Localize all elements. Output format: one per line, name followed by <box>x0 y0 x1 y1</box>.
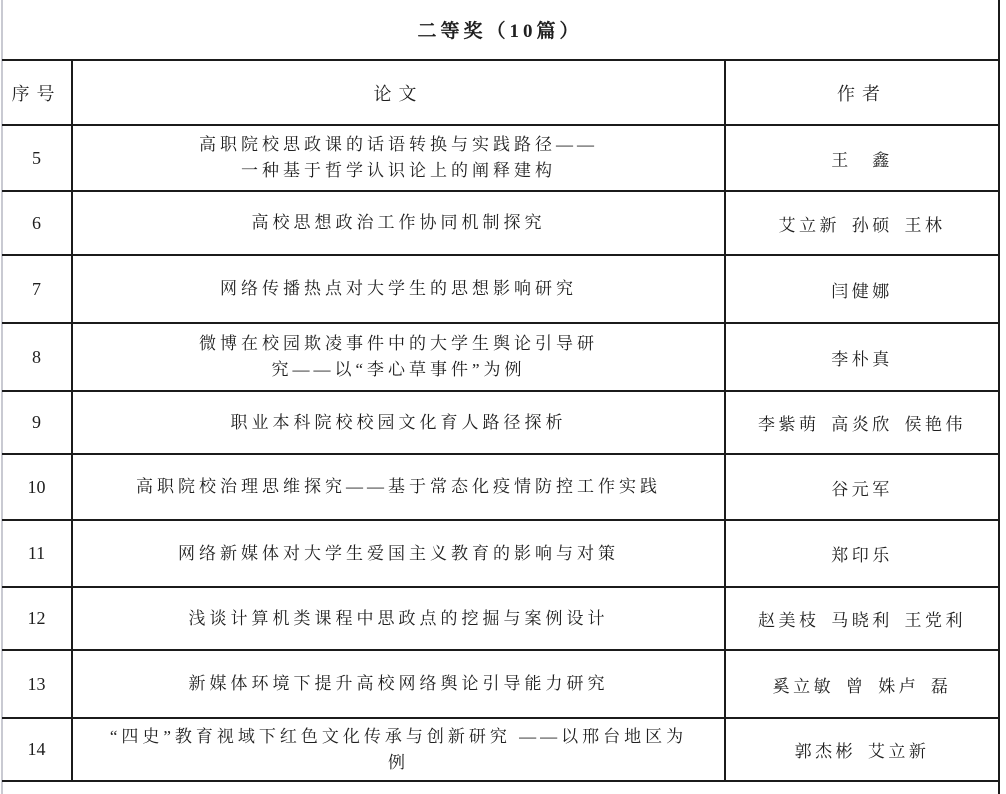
paper-title-cell: 职业本科院校校园文化育人路径探析 <box>72 391 725 454</box>
paper-title-line: 高职院校思政课的话语转换与实践路径—— <box>79 132 718 158</box>
author-cell: 王 鑫 <box>725 125 998 191</box>
row-number: 7 <box>2 255 72 323</box>
paper-title-line: 一种基于哲学认识论上的阐释建构 <box>79 158 718 184</box>
paper-title-line: 网络新媒体对大学生爱国主义教育的影响与对策 <box>79 541 718 567</box>
paper-title-line: 高校思想政治工作协同机制探究 <box>79 210 718 236</box>
paper-title-line: 职业本科院校校园文化育人路径探析 <box>79 410 718 436</box>
paper-title-cell: 网络新媒体对大学生爱国主义教育的影响与对策 <box>72 520 725 587</box>
table-row: 11 网络新媒体对大学生爱国主义教育的影响与对策 郑印乐 <box>2 520 998 587</box>
row-number: 10 <box>2 454 72 520</box>
author-cell: 谷元军 <box>725 454 998 520</box>
row-number: 6 <box>2 191 72 255</box>
paper-title-cell: 网络传播热点对大学生的思想影响研究 <box>72 255 725 323</box>
row-number: 14 <box>2 718 72 781</box>
paper-title-cell: 高校思想政治工作协同机制探究 <box>72 191 725 255</box>
author-cell: 李朴真 <box>725 323 998 391</box>
author-cell: 郭杰彬 艾立新 <box>725 718 998 781</box>
table-right-border <box>998 0 1000 794</box>
paper-title-line: 网络传播热点对大学生的思想影响研究 <box>79 276 718 302</box>
author-cell: 闫健娜 <box>725 255 998 323</box>
header-author: 作者 <box>725 60 998 125</box>
table-row: 14 “四史”教育视域下红色文化传承与创新研究 ——以邢台地区为 例 郭杰彬 艾… <box>2 718 998 781</box>
table-title-row: 二等奖（10篇） <box>2 0 998 60</box>
paper-title-cell: 高职院校治理思维探究——基于常态化疫情防控工作实践 <box>72 454 725 520</box>
table-row: 7 网络传播热点对大学生的思想影响研究 闫健娜 <box>2 255 998 323</box>
document-page: 二等奖（10篇） 序号 论文 作者 5 高职院校思政课的话语转换与实践路径—— … <box>0 0 1006 794</box>
paper-title-cell: “四史”教育视域下红色文化传承与创新研究 ——以邢台地区为 例 <box>72 718 725 781</box>
paper-title-cell: 浅谈计算机类课程中思政点的挖掘与案例设计 <box>72 587 725 650</box>
paper-title-cell: 高职院校思政课的话语转换与实践路径—— 一种基于哲学认识论上的阐释建构 <box>72 125 725 191</box>
author-cell: 艾立新 孙硕 王林 <box>725 191 998 255</box>
paper-title-line: 微博在校园欺凌事件中的大学生舆论引导研 <box>79 331 718 357</box>
row-number: 13 <box>2 650 72 718</box>
paper-title-line: 例 <box>79 750 718 776</box>
paper-title-line: 新媒体环境下提升高校网络舆论引导能力研究 <box>79 671 718 697</box>
row-number: 8 <box>2 323 72 391</box>
paper-title-line: “四史”教育视域下红色文化传承与创新研究 ——以邢台地区为 <box>79 724 718 750</box>
table-row: 10 高职院校治理思维探究——基于常态化疫情防控工作实践 谷元军 <box>2 454 998 520</box>
paper-title-line: 究——以“李心草事件”为例 <box>79 357 718 383</box>
header-paper: 论文 <box>72 60 725 125</box>
award-table: 二等奖（10篇） 序号 论文 作者 5 高职院校思政课的话语转换与实践路径—— … <box>2 0 998 782</box>
table-header-row: 序号 论文 作者 <box>2 60 998 125</box>
table-row: 9 职业本科院校校园文化育人路径探析 李紫萌 高炎欣 侯艳伟 <box>2 391 998 454</box>
row-number: 11 <box>2 520 72 587</box>
section-title: 二等奖（10篇） <box>418 21 583 42</box>
paper-title-cell: 微博在校园欺凌事件中的大学生舆论引导研 究——以“李心草事件”为例 <box>72 323 725 391</box>
row-number: 9 <box>2 391 72 454</box>
author-cell: 李紫萌 高炎欣 侯艳伟 <box>725 391 998 454</box>
author-cell: 赵美枝 马晓利 王党利 <box>725 587 998 650</box>
paper-title-cell: 新媒体环境下提升高校网络舆论引导能力研究 <box>72 650 725 718</box>
table-row: 13 新媒体环境下提升高校网络舆论引导能力研究 奚立敏 曾 姝卢 磊 <box>2 650 998 718</box>
table-row: 6 高校思想政治工作协同机制探究 艾立新 孙硕 王林 <box>2 191 998 255</box>
row-number: 5 <box>2 125 72 191</box>
table-row: 12 浅谈计算机类课程中思政点的挖掘与案例设计 赵美枝 马晓利 王党利 <box>2 587 998 650</box>
paper-title-line: 高职院校治理思维探究——基于常态化疫情防控工作实践 <box>79 474 718 500</box>
author-cell: 奚立敏 曾 姝卢 磊 <box>725 650 998 718</box>
paper-title-line: 浅谈计算机类课程中思政点的挖掘与案例设计 <box>79 606 718 632</box>
row-number: 12 <box>2 587 72 650</box>
table-title-cell: 二等奖（10篇） <box>2 0 998 60</box>
table-row: 5 高职院校思政课的话语转换与实践路径—— 一种基于哲学认识论上的阐释建构 王 … <box>2 125 998 191</box>
table-row: 8 微博在校园欺凌事件中的大学生舆论引导研 究——以“李心草事件”为例 李朴真 <box>2 323 998 391</box>
author-cell: 郑印乐 <box>725 520 998 587</box>
header-no: 序号 <box>2 60 72 125</box>
